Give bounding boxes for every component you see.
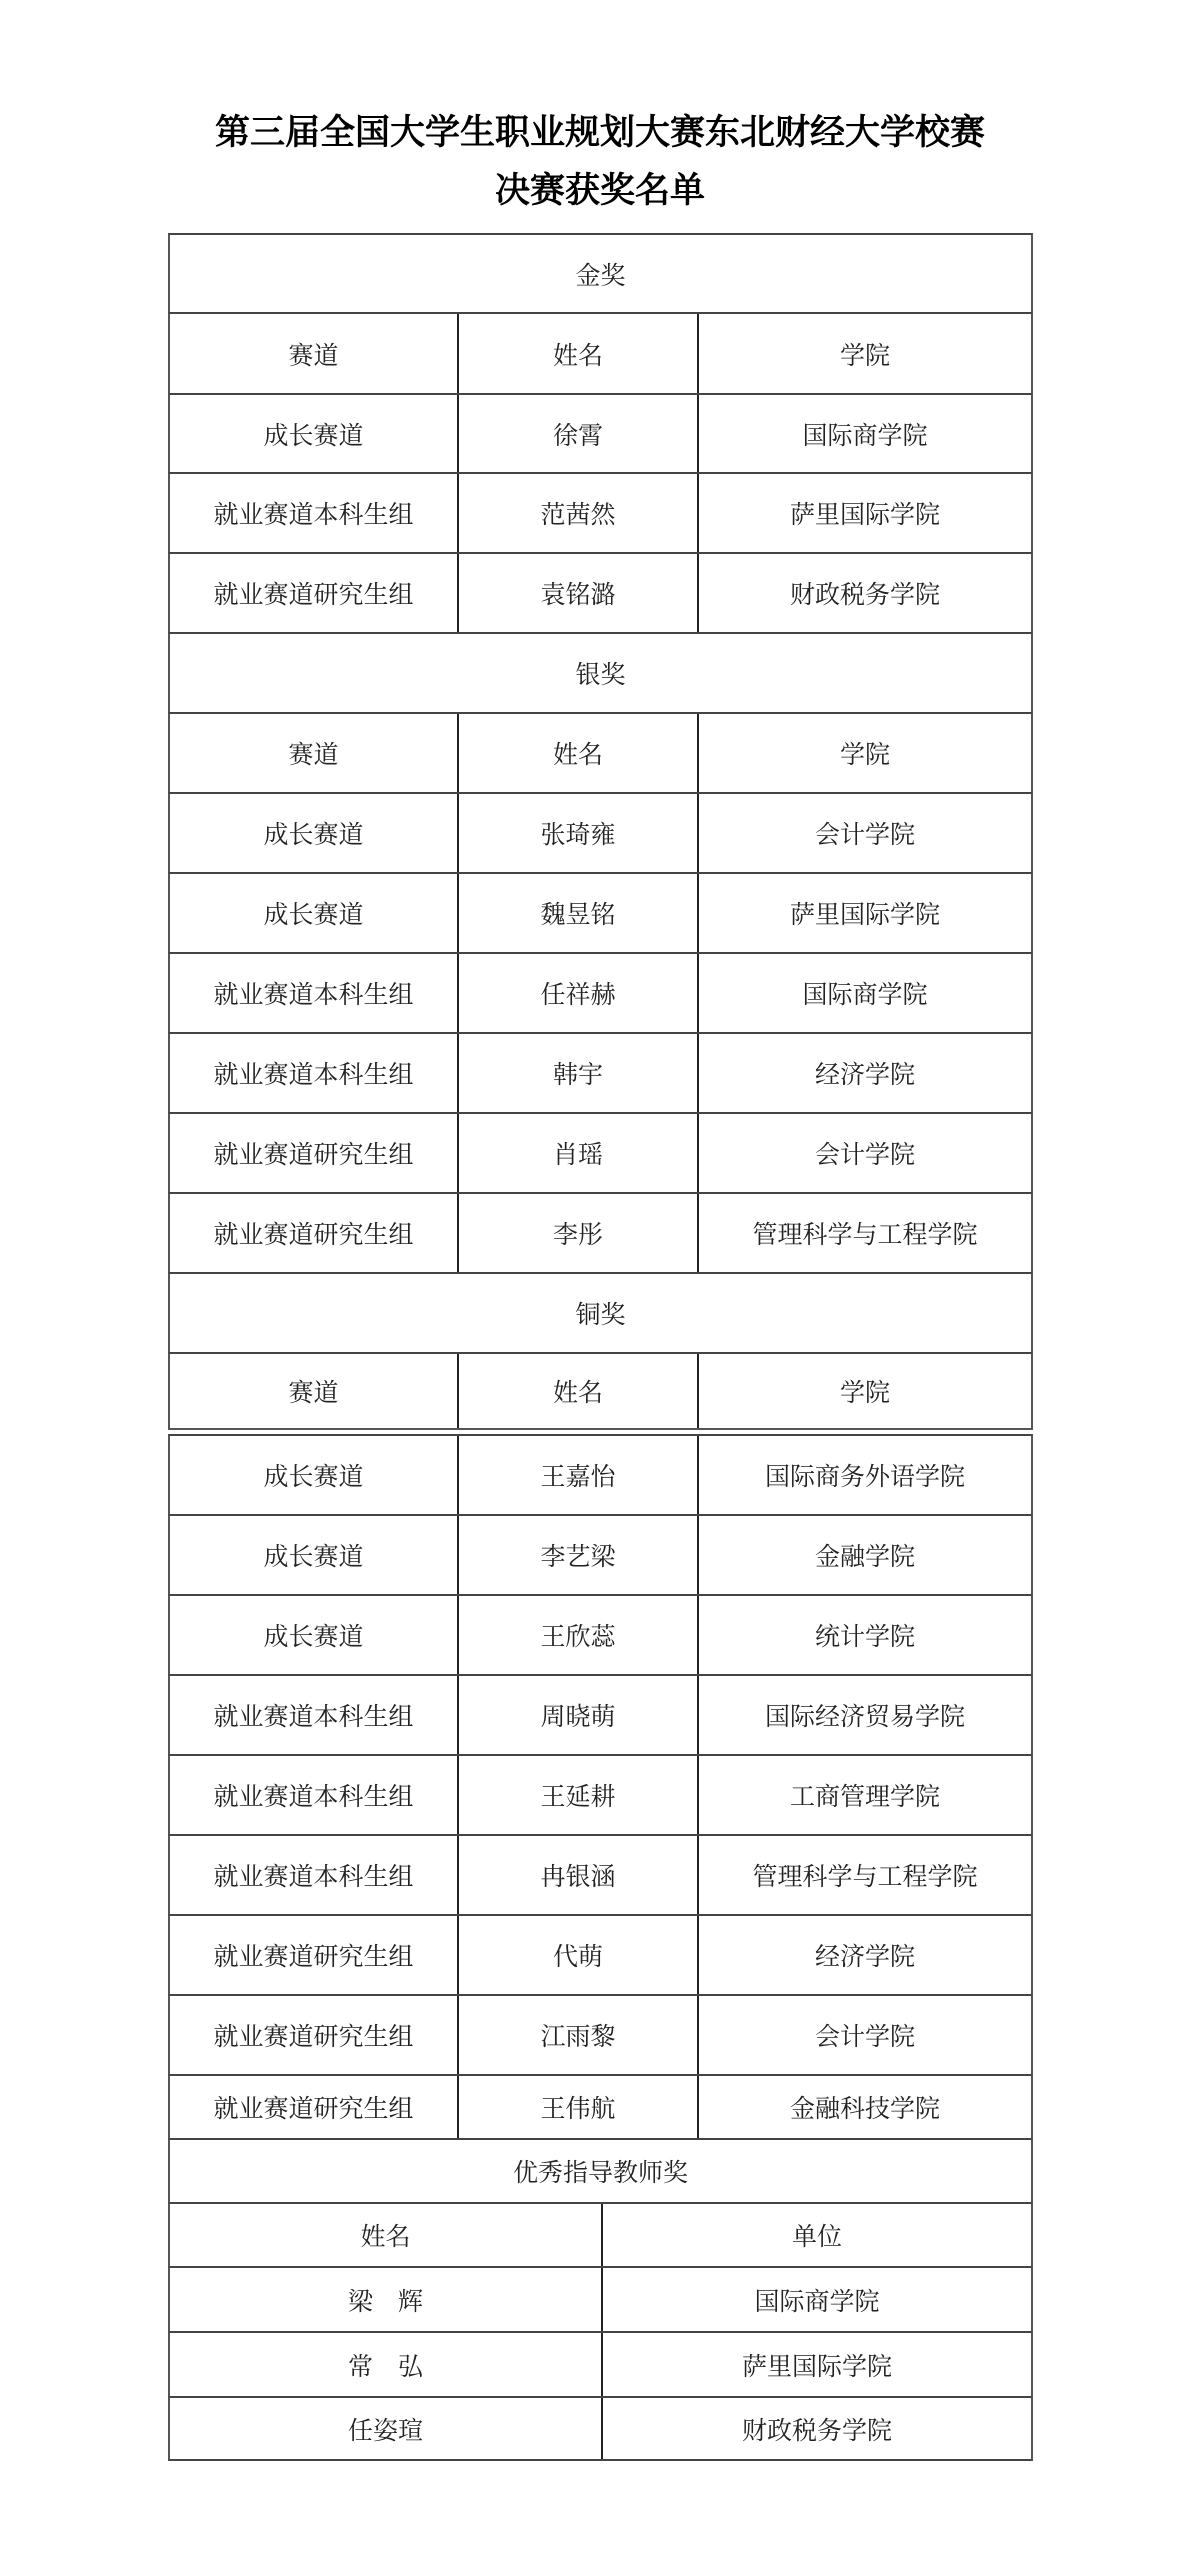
college-cell: 金融科技学院 <box>697 2076 1031 2138</box>
college-cell: 金融学院 <box>697 1516 1031 1594</box>
track-cell: 成长赛道 <box>170 1436 457 1514</box>
name-cell: 肖瑶 <box>457 1114 697 1192</box>
name-cell: 张琦雍 <box>457 794 697 872</box>
name-cell: 李彤 <box>457 1194 697 1272</box>
name-cell: 王伟航 <box>457 2076 697 2138</box>
bronze-label: 铜奖 <box>170 1274 1031 1352</box>
teacher-name-cell: 常 弘 <box>170 2333 601 2396</box>
name-cell: 代萌 <box>457 1916 697 1994</box>
college-cell: 国际商务外语学院 <box>697 1436 1031 1514</box>
college-cell: 经济学院 <box>697 1916 1031 1994</box>
teacher-unit-cell: 财政税务学院 <box>601 2398 1031 2459</box>
gold-column-header: 赛道 姓名 学院 <box>168 312 1033 393</box>
track-cell: 就业赛道本科生组 <box>170 1836 457 1914</box>
track-cell: 就业赛道本科生组 <box>170 954 457 1032</box>
teachers-section-header: 优秀指导教师奖 <box>168 2138 1033 2202</box>
column-header-unit: 单位 <box>601 2204 1031 2266</box>
table-row: 成长赛道 王嘉怡 国际商务外语学院 <box>168 1434 1033 1514</box>
college-cell: 经济学院 <box>697 1034 1031 1112</box>
name-cell: 魏昱铭 <box>457 874 697 952</box>
table-row: 成长赛道 王欣蕊 统计学院 <box>168 1594 1033 1674</box>
name-cell: 韩宇 <box>457 1034 697 1112</box>
college-cell: 管理科学与工程学院 <box>697 1194 1031 1272</box>
name-cell: 王嘉怡 <box>457 1436 697 1514</box>
track-cell: 就业赛道研究生组 <box>170 2076 457 2138</box>
silver-label: 银奖 <box>170 634 1031 712</box>
college-cell: 工商管理学院 <box>697 1756 1031 1834</box>
name-cell: 江雨黎 <box>457 1996 697 2074</box>
name-cell: 徐霄 <box>457 395 697 472</box>
teachers-label: 优秀指导教师奖 <box>170 2140 1031 2202</box>
column-header-track: 赛道 <box>170 714 457 792</box>
table-row: 就业赛道研究生组 代萌 经济学院 <box>168 1914 1033 1994</box>
table-row: 就业赛道研究生组 袁铭潞 财政税务学院 <box>168 552 1033 632</box>
table-row: 就业赛道本科生组 范茜然 萨里国际学院 <box>168 472 1033 552</box>
college-cell: 萨里国际学院 <box>697 874 1031 952</box>
teacher-name-cell: 任姿瑄 <box>170 2398 601 2459</box>
table-row: 就业赛道本科生组 周晓萌 国际经济贸易学院 <box>168 1674 1033 1754</box>
name-cell: 王延耕 <box>457 1756 697 1834</box>
college-cell: 会计学院 <box>697 1996 1031 2074</box>
column-header-college: 学院 <box>697 714 1031 792</box>
column-header-track: 赛道 <box>170 1354 457 1428</box>
table-row: 就业赛道研究生组 王伟航 金融科技学院 <box>168 2074 1033 2138</box>
teacher-unit-cell: 萨里国际学院 <box>601 2333 1031 2396</box>
table-row: 成长赛道 李艺梁 金融学院 <box>168 1514 1033 1594</box>
column-header-college: 学院 <box>697 314 1031 393</box>
table-row: 成长赛道 徐霄 国际商学院 <box>168 393 1033 472</box>
name-cell: 任祥赫 <box>457 954 697 1032</box>
bronze-column-header: 赛道 姓名 学院 <box>168 1352 1033 1430</box>
document-title: 第三届全国大学生职业规划大赛东北财经大学校赛 <box>0 105 1200 155</box>
name-cell: 冉银涵 <box>457 1836 697 1914</box>
name-cell: 李艺梁 <box>457 1516 697 1594</box>
college-cell: 会计学院 <box>697 794 1031 872</box>
table-row: 成长赛道 张琦雍 会计学院 <box>168 792 1033 872</box>
table-row: 就业赛道研究生组 江雨黎 会计学院 <box>168 1994 1033 2074</box>
track-cell: 成长赛道 <box>170 395 457 472</box>
bronze-section-header: 铜奖 <box>168 1272 1033 1352</box>
college-cell: 萨里国际学院 <box>697 474 1031 552</box>
table-row: 就业赛道研究生组 肖瑶 会计学院 <box>168 1112 1033 1192</box>
college-cell: 国际经济贸易学院 <box>697 1676 1031 1754</box>
track-cell: 就业赛道本科生组 <box>170 1676 457 1754</box>
table-row: 就业赛道本科生组 冉银涵 管理科学与工程学院 <box>168 1834 1033 1914</box>
track-cell: 就业赛道研究生组 <box>170 1996 457 2074</box>
awards-table: 金奖 赛道 姓名 学院 成长赛道 徐霄 国际商学院 就业赛道本科生组 范茜然 萨… <box>168 233 1033 2461</box>
column-header-college: 学院 <box>697 1354 1031 1428</box>
name-cell: 周晓萌 <box>457 1676 697 1754</box>
column-header-name: 姓名 <box>457 314 697 393</box>
column-header-name: 姓名 <box>457 714 697 792</box>
name-cell: 范茜然 <box>457 474 697 552</box>
college-cell: 管理科学与工程学院 <box>697 1836 1031 1914</box>
gold-label: 金奖 <box>170 235 1031 312</box>
track-cell: 成长赛道 <box>170 874 457 952</box>
table-row: 梁 辉 国际商学院 <box>168 2266 1033 2331</box>
track-cell: 就业赛道研究生组 <box>170 1114 457 1192</box>
column-header-name: 姓名 <box>170 2204 601 2266</box>
teachers-column-header: 姓名 单位 <box>168 2202 1033 2266</box>
track-cell: 就业赛道本科生组 <box>170 1034 457 1112</box>
table-row: 就业赛道本科生组 王延耕 工商管理学院 <box>168 1754 1033 1834</box>
table-row: 成长赛道 魏昱铭 萨里国际学院 <box>168 872 1033 952</box>
document-subtitle: 决赛获奖名单 <box>0 163 1200 213</box>
table-row: 就业赛道本科生组 韩宇 经济学院 <box>168 1032 1033 1112</box>
track-cell: 就业赛道研究生组 <box>170 1194 457 1272</box>
college-cell: 国际商学院 <box>697 395 1031 472</box>
track-cell: 就业赛道本科生组 <box>170 474 457 552</box>
table-row: 任姿瑄 财政税务学院 <box>168 2396 1033 2461</box>
college-cell: 会计学院 <box>697 1114 1031 1192</box>
track-cell: 就业赛道研究生组 <box>170 1916 457 1994</box>
teacher-name-cell: 梁 辉 <box>170 2268 601 2331</box>
track-cell: 成长赛道 <box>170 794 457 872</box>
track-cell: 成长赛道 <box>170 1516 457 1594</box>
silver-section-header: 银奖 <box>168 632 1033 712</box>
college-cell: 财政税务学院 <box>697 554 1031 632</box>
track-cell: 就业赛道研究生组 <box>170 554 457 632</box>
track-cell: 就业赛道本科生组 <box>170 1756 457 1834</box>
table-row: 就业赛道研究生组 李彤 管理科学与工程学院 <box>168 1192 1033 1272</box>
teacher-unit-cell: 国际商学院 <box>601 2268 1031 2331</box>
gold-section-header: 金奖 <box>168 233 1033 312</box>
track-cell: 成长赛道 <box>170 1596 457 1674</box>
college-cell: 国际商学院 <box>697 954 1031 1032</box>
college-cell: 统计学院 <box>697 1596 1031 1674</box>
column-header-track: 赛道 <box>170 314 457 393</box>
silver-column-header: 赛道 姓名 学院 <box>168 712 1033 792</box>
name-cell: 袁铭潞 <box>457 554 697 632</box>
column-header-name: 姓名 <box>457 1354 697 1428</box>
table-row: 就业赛道本科生组 任祥赫 国际商学院 <box>168 952 1033 1032</box>
name-cell: 王欣蕊 <box>457 1596 697 1674</box>
table-row: 常 弘 萨里国际学院 <box>168 2331 1033 2396</box>
